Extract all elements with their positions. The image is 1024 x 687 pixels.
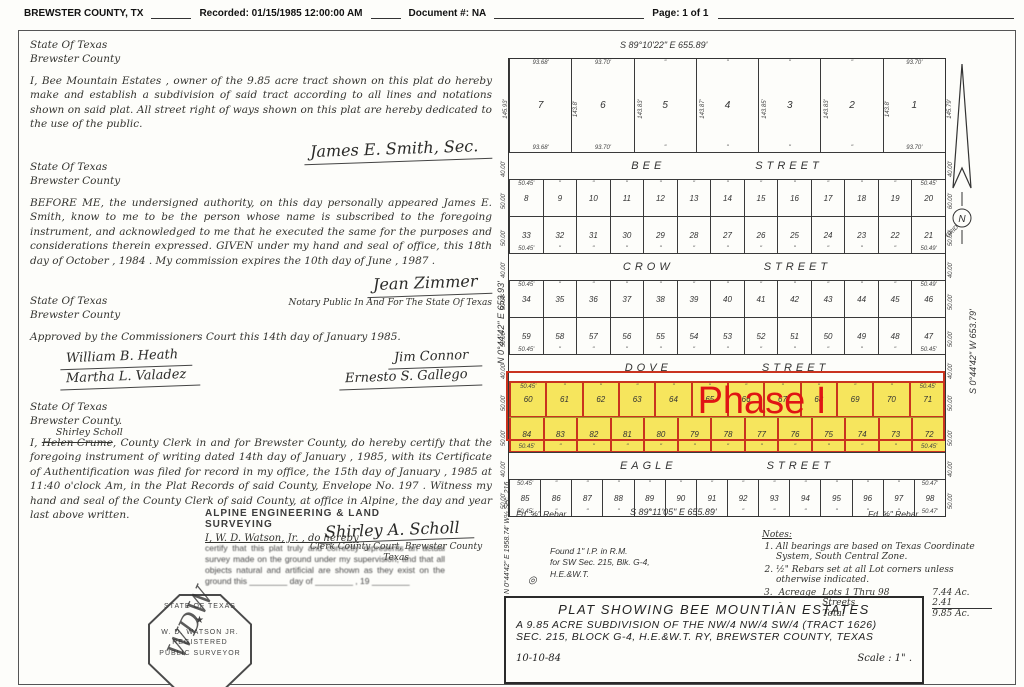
street-row-dove: 40.00'40.00'DOVESTREET	[509, 354, 945, 381]
lot-number: 56	[622, 332, 631, 341]
lot-30: "30	[610, 217, 644, 253]
lot-width-dimension: 93.70'	[595, 145, 611, 151]
header-recorded: Recorded: 01/15/1985 12:00:00 AM	[199, 8, 362, 19]
lot-8: 50.45'8	[509, 180, 543, 216]
lot-number: 58	[555, 332, 564, 341]
lot-number: 43	[824, 295, 833, 304]
lot-width-dimension: "	[617, 509, 619, 515]
header-document: Document #: NA	[409, 8, 487, 19]
surveyor-seal: STATE OF TEXAS ★ W. D. WATSON JR. REGIST…	[148, 594, 252, 687]
lot-width-dimension: "	[789, 60, 791, 66]
lot-63: "63	[618, 383, 654, 416]
lot-width-dimension: "	[626, 246, 628, 252]
commissioners-text: Approved by the Commissioners Court this…	[30, 330, 492, 344]
lot-number: 73	[891, 430, 900, 439]
lot-width-dimension: "	[659, 181, 661, 187]
header-blank-4	[718, 8, 1014, 19]
lot-width-dimension: "	[626, 444, 628, 450]
lot-number: 24	[824, 231, 833, 240]
lot-depth-dimension: 143.83'	[824, 99, 830, 119]
lot-74: "74	[844, 418, 878, 451]
lot-width-dimension: "	[592, 181, 594, 187]
lot-width-dimension: "	[726, 181, 728, 187]
lot-number: 55	[656, 332, 665, 341]
lot-width-dimension: "	[563, 384, 565, 390]
lot-number: 25	[790, 231, 799, 240]
lot-width-dimension: "	[894, 347, 896, 353]
lot-width-dimension: 93.68'	[533, 145, 549, 151]
lot-62: "62	[582, 383, 618, 416]
lot-number: 36	[589, 295, 598, 304]
lot-number: 87	[583, 494, 592, 503]
lot-width-dimension: 50.45'	[520, 384, 536, 390]
plat-subtitle-1: A 9.85 ACRE SUBDIVISION OF THE NW/4 NW/4…	[516, 619, 912, 631]
lot-31: "31	[576, 217, 610, 253]
lot-number: 40	[723, 295, 732, 304]
lot-number: 1	[912, 100, 918, 111]
lot-number: 95	[832, 494, 841, 503]
lot-number: 45	[891, 295, 900, 304]
lot-19: "19	[878, 180, 912, 216]
lot-16: "16	[777, 180, 811, 216]
right-edge-dimension: 50.00'	[948, 294, 954, 310]
lot-number: 80	[656, 430, 665, 439]
lot-number: 53	[723, 332, 732, 341]
lot-number: 3	[787, 100, 793, 111]
lot-number: 78	[724, 430, 733, 439]
lot-width-dimension: "	[626, 181, 628, 187]
lot-number: 16	[790, 194, 799, 203]
lot-width-dimension: "	[793, 282, 795, 288]
lot-width-dimension: "	[760, 181, 762, 187]
lot-width-dimension: "	[827, 246, 829, 252]
lot-number: 22	[891, 231, 900, 240]
lot-number: 84	[522, 430, 531, 439]
header-blank-1	[151, 8, 191, 19]
lot-17: "17	[811, 180, 845, 216]
lot-width-dimension: "	[586, 509, 588, 515]
surveyor-certificate-text: certify that this plat truly and correct…	[205, 543, 445, 587]
lot-13: "13	[677, 180, 711, 216]
lot-width-dimension: "	[742, 481, 744, 487]
street-name: DOVE	[625, 362, 672, 374]
lot-width-dimension: 50.45'	[921, 181, 937, 187]
lot-44: "44	[844, 281, 878, 317]
lot-width-dimension: "	[636, 384, 638, 390]
acreage-row-value: 2.41	[932, 598, 992, 609]
north-arrow: N GRID	[946, 60, 978, 260]
lot-number: 41	[757, 295, 766, 304]
lot-43: "43	[811, 281, 845, 317]
left-edge-dimension: 50.00'	[501, 193, 507, 209]
right-edge-dimension: 40.00'	[948, 262, 954, 278]
lot-6: 93.70'93.70'143.8'6	[571, 59, 633, 152]
lot-number: 6	[600, 100, 606, 111]
lot-59: 50.45'59	[509, 318, 543, 354]
lot-width-dimension: "	[617, 481, 619, 487]
lot-number: 9	[558, 194, 562, 203]
lot-94: ""94	[789, 480, 820, 516]
plat-map: S 89°10'22" E 655.89' N 0°44'42" E 653.9…	[500, 34, 1024, 684]
lot-number: 92	[739, 494, 748, 503]
lot-number: 96	[863, 494, 872, 503]
lot-number: 7	[538, 100, 544, 111]
lot-number: 64	[669, 395, 678, 404]
lot-width-dimension: "	[835, 509, 837, 515]
lot-number: 89	[645, 494, 654, 503]
lot-number: 46	[924, 295, 933, 304]
lot-width-dimension: "	[851, 60, 853, 66]
lot-number: 59	[522, 332, 531, 341]
lot-width-dimension: "	[592, 246, 594, 252]
lot-width-dimension: 50.45'	[920, 384, 936, 390]
phase-label: Phase I	[698, 380, 827, 423]
lot-88: ""88	[602, 480, 633, 516]
plat-document-sheet: BREWSTER COUNTY, TX Recorded: 01/15/1985…	[0, 0, 1024, 687]
lot-23: "23	[844, 217, 878, 253]
street-name-band: CROWSTREET	[509, 254, 945, 280]
lot-width-dimension: "	[894, 246, 896, 252]
lot-width-dimension: "	[693, 246, 695, 252]
lot-93: ""93	[758, 480, 789, 516]
lot-36: "36	[576, 281, 610, 317]
lot-number: 93	[770, 494, 779, 503]
lot-25: "25	[777, 217, 811, 253]
lot-width-dimension: "	[559, 282, 561, 288]
lot-width-dimension: "	[794, 444, 796, 450]
lot-10: "10	[576, 180, 610, 216]
lot-number: 62	[596, 395, 605, 404]
right-edge-dimension: 50.00'	[948, 331, 954, 347]
lot-width-dimension: "	[861, 444, 863, 450]
lot-width-dimension: "	[726, 60, 728, 66]
lot-number: 2	[849, 100, 855, 111]
lot-28: "28	[677, 217, 711, 253]
lot-width-dimension: 50.45'	[518, 181, 534, 187]
lot-row-2: 50.00'60.00'50.45'8"9"10"11"12"13"14"15"…	[509, 179, 945, 216]
lot-21: 50.49'21	[911, 217, 945, 253]
lot-width-dimension: "	[773, 509, 775, 515]
lot-number: 98	[925, 494, 934, 503]
lot-width-dimension: "	[626, 347, 628, 353]
state-heading-1: State Of Texas Brewster County	[30, 38, 492, 67]
lot-64: "64	[654, 383, 690, 416]
lot-width-dimension: "	[559, 181, 561, 187]
lot-number: 60	[524, 395, 533, 404]
lot-4: ""143.87'4	[696, 59, 758, 152]
left-edge-dimension: 50.00'	[501, 394, 507, 410]
plat-title: PLAT SHOWING BEE MOUNTIAN ESTATES	[516, 602, 912, 617]
lot-width-dimension: "	[760, 246, 762, 252]
lot-number: 10	[589, 194, 598, 203]
street-row-eagle: 40.00'40.00'EAGLESTREET	[509, 452, 945, 479]
lot-number: 27	[723, 231, 732, 240]
right-edge-dimension: 50.00'	[948, 429, 954, 445]
header-blank-3	[494, 8, 644, 19]
bearing-south-line: S 89°11'05" E 655.89'	[630, 507, 717, 517]
lot-number: 83	[556, 430, 565, 439]
lot-width-dimension: 50.45'	[517, 481, 533, 487]
street-name: EAGLE	[620, 460, 677, 472]
street-row-crow: 40.00'40.00'CROWSTREET	[509, 253, 945, 280]
lot-row-3: 50.00'50.00'50.45'33"32"31"30"29"28"27"2…	[509, 216, 945, 253]
lot-width-dimension: "	[804, 509, 806, 515]
clerk-name-corrected: Shirley SchollHelen Crume	[42, 436, 113, 450]
lot-width-dimension: "	[672, 384, 674, 390]
lot-number: 51	[790, 332, 799, 341]
lot-width-dimension: "	[742, 509, 744, 515]
lot-number: 28	[689, 231, 698, 240]
lot-95: ""95	[820, 480, 851, 516]
lot-20: 50.45'20	[911, 180, 945, 216]
notes-heading: Notes:	[762, 530, 980, 540]
lot-number: 86	[552, 494, 561, 503]
lot-width-dimension: "	[898, 481, 900, 487]
left-edge-dimension: 40.00'	[501, 363, 507, 379]
lot-width-dimension: "	[793, 181, 795, 187]
notary-text: BEFORE ME, the undersigned authority, on…	[30, 196, 492, 268]
found-ip-symbol: ◎	[528, 574, 537, 588]
rebar-marker-right: Fd. ⅝" Rebar	[868, 509, 918, 520]
lot-54: "54	[677, 318, 711, 354]
lot-width-dimension: "	[555, 481, 557, 487]
lot-number: 77	[757, 430, 766, 439]
lot-width-dimension: "	[890, 384, 892, 390]
lot-53: "53	[710, 318, 744, 354]
lot-width-dimension: "	[693, 444, 695, 450]
lot-width-dimension: "	[726, 347, 728, 353]
lot-width-dimension: 50.45'	[921, 347, 937, 353]
lot-width-dimension: "	[861, 246, 863, 252]
lot-width-dimension: 93.70'	[595, 60, 611, 66]
lot-width-dimension: "	[626, 282, 628, 288]
left-edge-dimension: 50.00'	[501, 230, 507, 246]
lot-5: ""143.83'5	[634, 59, 696, 152]
lot-56: "56	[610, 318, 644, 354]
lot-number: 17	[824, 194, 833, 203]
bearing-east-line: S 0°44'42" W 653.79'	[968, 309, 978, 394]
lot-width-dimension: "	[659, 246, 661, 252]
lot-71: 50.45'71	[909, 383, 945, 416]
lot-width-dimension: "	[804, 481, 806, 487]
lot-width-dimension: "	[827, 282, 829, 288]
recording-header: BREWSTER COUNTY, TX Recorded: 01/15/1985…	[0, 0, 1024, 26]
street-name: CROW	[623, 261, 674, 273]
lot-number: 49	[857, 332, 866, 341]
dedication-text: I, Bee Mountain Estates , owner of the 9…	[30, 74, 492, 132]
lot-number: 79	[690, 430, 699, 439]
lot-41: "41	[744, 281, 778, 317]
left-edge-dimension: 50.00'	[501, 331, 507, 347]
lot-37: "37	[610, 281, 644, 317]
lot-number: 39	[689, 295, 698, 304]
left-edge-dimension: 40.00'	[501, 161, 507, 177]
lot-83: "83	[543, 418, 577, 451]
found-ip-note: Found 1" I.P. in R.M. for SW Sec. 215, B…	[550, 546, 650, 580]
lot-39: "39	[677, 281, 711, 317]
lot-52: "52	[744, 318, 778, 354]
lot-width-dimension: "	[659, 282, 661, 288]
street-word: STREET	[762, 362, 829, 374]
lot-number: 72	[925, 430, 934, 439]
state-heading-2: State Of Texas Brewster County	[30, 160, 492, 189]
lot-depth-dimension: 143.8'	[885, 100, 891, 116]
lot-number: 57	[589, 332, 598, 341]
lot-width-dimension: "	[660, 444, 662, 450]
lot-number: 34	[522, 295, 531, 304]
state-heading-3: State Of Texas Brewster County	[30, 294, 492, 323]
lot-22: "22	[878, 217, 912, 253]
lot-33: 50.45'33	[509, 217, 543, 253]
right-edge-dimension: 40.00'	[948, 363, 954, 379]
left-edge-dimension: 40.00'	[501, 262, 507, 278]
lot-26: "26	[744, 217, 778, 253]
lot-number: 20	[924, 194, 933, 203]
lot-number: 82	[589, 430, 598, 439]
lot-width-dimension: "	[727, 444, 729, 450]
commissioner-signature-4: Ernesto S. Gallego	[339, 366, 482, 391]
street-name-band: BEESTREET	[509, 153, 945, 179]
lot-40: "40	[710, 281, 744, 317]
surveyor-firm-stamp: ALPINE ENGINEERING & LAND SURVEYING	[205, 508, 435, 530]
lot-50: "50	[811, 318, 845, 354]
street-word: STREET	[764, 261, 831, 273]
lot-width-dimension: "	[861, 347, 863, 353]
lot-width-dimension: 50.47'	[922, 481, 938, 487]
lot-width-dimension: "	[726, 246, 728, 252]
lot-width-dimension: 50.45'	[518, 246, 534, 252]
lot-number: 88	[614, 494, 623, 503]
lot-row-0: 145.93'145.79'93.68'93.68'793.70'93.70'1…	[509, 59, 945, 152]
rebar-marker-left: Fd. ⅝" Rebar	[516, 509, 566, 520]
lot-32: "32	[543, 217, 577, 253]
left-edge-dimension: 50.00'	[501, 294, 507, 310]
lot-15: "15	[744, 180, 778, 216]
lot-width-dimension: "	[693, 282, 695, 288]
lot-width-dimension: "	[827, 347, 829, 353]
plat-subtitle-2: SEC. 215, BLOCK G-4, H.E.&W.T. RY, BREWS…	[516, 631, 912, 643]
lot-58: "58	[543, 318, 577, 354]
lot-number: 74	[858, 430, 867, 439]
lot-width-dimension: 50.49'	[921, 282, 937, 288]
lot-number: 31	[589, 231, 598, 240]
lot-width-dimension: "	[559, 246, 561, 252]
lot-7: 93.68'93.68'7	[509, 59, 571, 152]
lot-number: 30	[622, 231, 631, 240]
note-item-2: ½" Rebars set at all Lot corners unless …	[776, 565, 980, 585]
lot-width-dimension: "	[664, 145, 666, 151]
lot-width-dimension: 50.45'	[519, 444, 535, 450]
lot-number: 85	[521, 494, 530, 503]
street-row-bee: 40.00'40.00'BEESTREET	[509, 152, 945, 179]
lot-width-dimension: "	[726, 145, 728, 151]
lot-51: "51	[777, 318, 811, 354]
lot-46: 50.49'46	[911, 281, 945, 317]
left-edge-dimension: 40.00'	[501, 461, 507, 477]
lot-number: 35	[555, 295, 564, 304]
lot-width-dimension: 50.45'	[518, 347, 534, 353]
lot-width-dimension: "	[760, 444, 762, 450]
lot-2: ""143.83'2	[820, 59, 882, 152]
lot-number: 33	[522, 231, 531, 240]
right-edge-dimension: 50.00'	[948, 394, 954, 410]
lot-depth-dimension: 143.85'	[762, 99, 768, 119]
lot-number: 42	[790, 295, 799, 304]
lot-width-dimension: "	[760, 347, 762, 353]
lot-number: 26	[757, 231, 766, 240]
lot-42: "42	[777, 281, 811, 317]
lot-width-dimension: "	[664, 60, 666, 66]
lot-width-dimension: 50.49'	[921, 246, 937, 252]
lot-width-dimension: "	[894, 181, 896, 187]
clerk-correction: Shirley Scholl	[56, 426, 123, 439]
lot-number: 91	[707, 494, 716, 503]
lot-width-dimension: "	[867, 481, 869, 487]
lot-width-dimension: "	[773, 481, 775, 487]
lot-48: "48	[878, 318, 912, 354]
lot-number: 21	[924, 231, 933, 240]
note-item-1: All bearings are based on Texas Coordina…	[776, 542, 980, 562]
lot-width-dimension: "	[894, 282, 896, 288]
lot-number: 70	[887, 395, 896, 404]
lot-number: 71	[923, 395, 932, 404]
lot-47: 50.45'47	[911, 318, 945, 354]
lot-number: 32	[555, 231, 564, 240]
lot-width-dimension: "	[586, 481, 588, 487]
commissioner-signature-2: Martha L. Valadez	[60, 366, 201, 391]
right-edge-dimension: 40.00'	[948, 461, 954, 477]
lot-number: 23	[857, 231, 866, 240]
lot-92: ""92	[727, 480, 758, 516]
lot-width-dimension: "	[861, 181, 863, 187]
header-blank-2	[371, 8, 401, 19]
lot-27: "27	[710, 217, 744, 253]
street-name-band: DOVESTREET	[509, 355, 945, 381]
lot-3: ""143.85'3	[758, 59, 820, 152]
lot-width-dimension: "	[592, 347, 594, 353]
lot-width-dimension: "	[851, 145, 853, 151]
lot-number: 90	[676, 494, 685, 503]
lot-55: "55	[643, 318, 677, 354]
lot-width-dimension: 93.70'	[906, 145, 922, 151]
lot-width-dimension: 50.45'	[518, 282, 534, 288]
lot-60: 50.45'60	[509, 383, 545, 416]
lot-number: 44	[857, 295, 866, 304]
lot-width-dimension: "	[693, 181, 695, 187]
lot-number: 75	[824, 430, 833, 439]
lot-width-dimension: "	[680, 481, 682, 487]
lot-number: 54	[689, 332, 698, 341]
header-page: Page: 1 of 1	[652, 8, 708, 19]
street-name-band: EAGLESTREET	[509, 453, 945, 479]
lot-width-dimension: "	[835, 481, 837, 487]
street-word: STREET	[755, 160, 822, 172]
lot-12: "12	[643, 180, 677, 216]
lot-24: "24	[811, 217, 845, 253]
lot-1: 93.70'93.70'143.8'1	[883, 59, 945, 152]
lot-number: 63	[633, 395, 642, 404]
lot-width-dimension: 50.45'	[921, 444, 937, 450]
lot-width-dimension: "	[793, 246, 795, 252]
lot-number: 48	[891, 332, 900, 341]
lot-width-dimension: "	[789, 145, 791, 151]
lot-number: 19	[891, 194, 900, 203]
lot-width-dimension: "	[895, 444, 897, 450]
lot-number: 50	[824, 332, 833, 341]
lot-depth-dimension: 143.8'	[573, 100, 579, 116]
lot-width-dimension: "	[760, 282, 762, 288]
right-edge-dimension: 50.00'	[948, 493, 954, 509]
